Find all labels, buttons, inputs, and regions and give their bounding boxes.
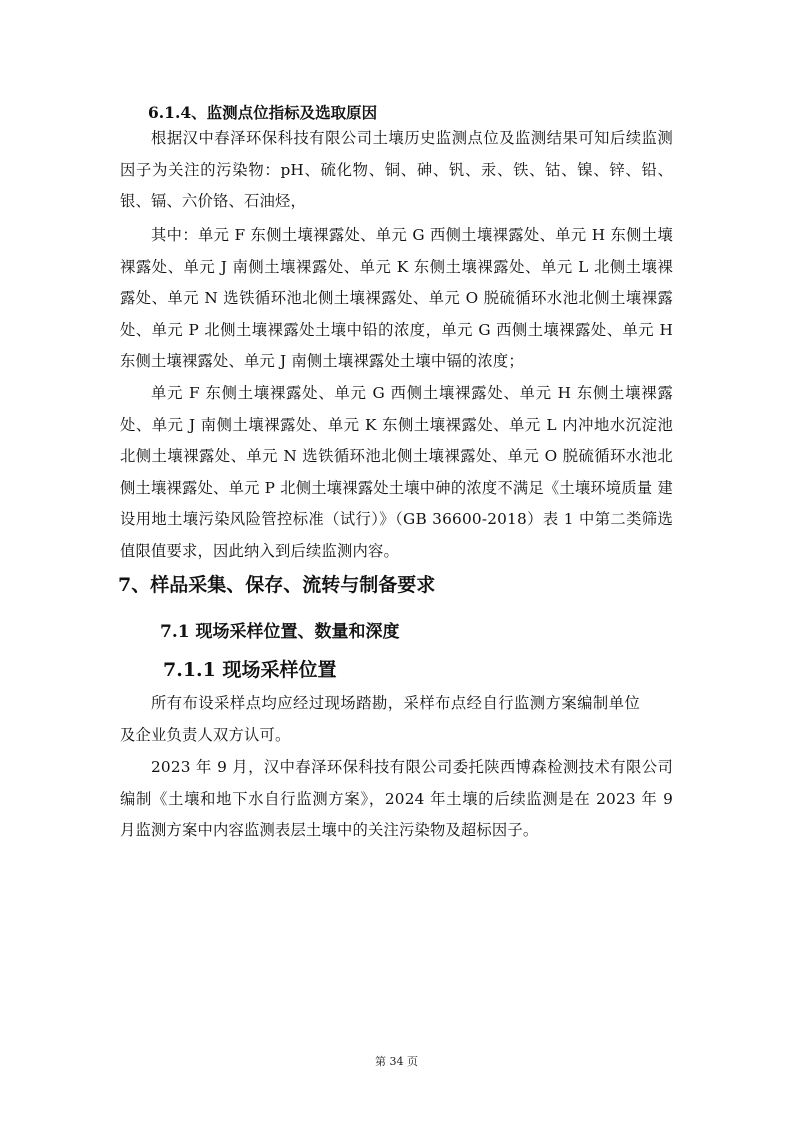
paragraph-arsenic-exceedance: 单元 F 东侧土壤裸露处、单元 G 西侧土壤裸露处、单元 H 东侧土壤裸露处、单… <box>120 378 673 567</box>
paragraph-monitoring-plan: 2023 年 9 月，汉中春泽环保科技有限公司委托陕西博森检测技术有限公司编制《… <box>120 752 673 847</box>
paragraph-sampling-approval: 所有布设采样点均应经过现场踏勘，采样布点经自行监测方案编制单位及企业负责人双方认… <box>120 688 640 751</box>
section-heading-7-1: 7.1 现场采样位置、数量和深度 <box>160 617 400 642</box>
paragraph-monitoring-factors: 根据汉中春泽环保科技有限公司土壤历史监测点位及监测结果可知后续监测因子为关注的污… <box>120 123 673 218</box>
paragraph-lead-cadmium-exceedance: 其中：单元 F 东侧土壤裸露处、单元 G 西侧土壤裸露处、单元 H 东侧土壤裸露… <box>120 220 673 378</box>
section-heading-6-1-4: 6.1.4、监测点位指标及选取原因 <box>148 101 377 123</box>
page-number: 第 34 页 <box>0 1053 793 1069</box>
section-heading-7: 7、样品采集、保存、流转与制备要求 <box>118 570 435 597</box>
section-heading-7-1-1: 7.1.1 现场采样位置 <box>163 655 337 682</box>
